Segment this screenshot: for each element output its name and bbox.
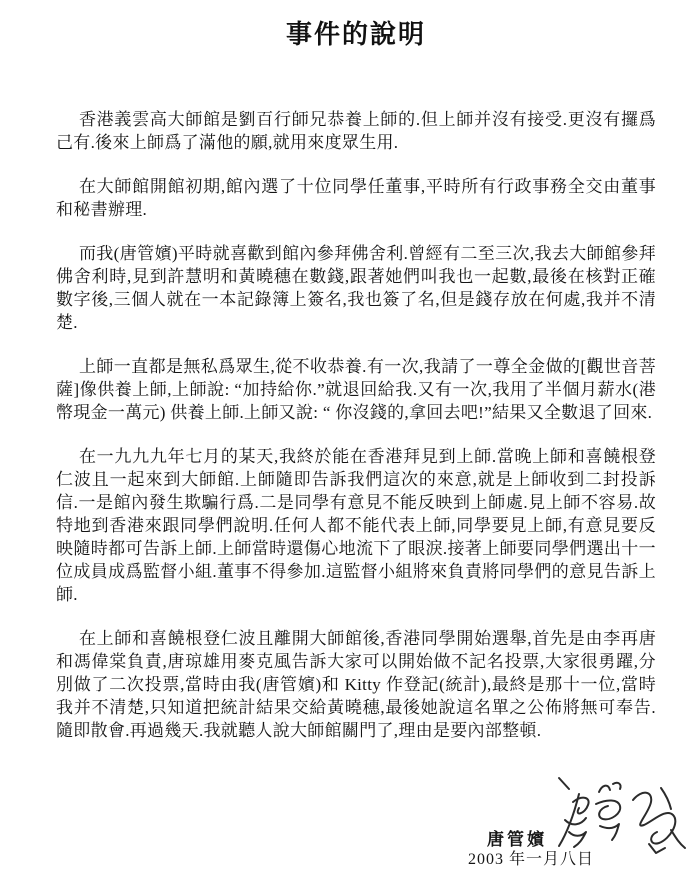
- paragraph-4: 上師一直都是無私爲眾生,從不收恭養.有一次,我請了一尊全金做的[觀世音菩薩]像供…: [56, 355, 656, 424]
- paragraph-6: 在上師和喜饒根登仁波且離開大師館後,香港同學開始選舉,首先是由李再唐和馮偉棠負責…: [56, 627, 656, 742]
- scanned-document-page: 事件的說明 香港義雲高大師館是劉百行師兄恭養上師的.但上師并沒有接受.更沒有攞爲…: [0, 0, 700, 869]
- paragraph-5: 在一九九九年七月的某天,我終於能在香港拜見到上師.當晚上師和喜饒根登仁波且一起來…: [56, 445, 656, 606]
- paragraph-1: 香港義雲高大師館是劉百行師兄恭養上師的.但上師并沒有接受.更沒有攞爲己有.後來上…: [56, 108, 656, 154]
- document-body: 事件的說明 香港義雲高大師館是劉百行師兄恭養上師的.但上師并沒有接受.更沒有攞爲…: [0, 14, 700, 742]
- handwritten-signature-icon: [533, 770, 689, 856]
- paragraph-2: 在大師館開館初期,館內選了十位同學任董事,平時所有行政事務全交由董事和秘書辦理.: [56, 175, 656, 221]
- signature-date: 2003 年一月八日: [468, 846, 594, 869]
- paragraph-3: 而我(唐管嬪)平時就喜歡到館內參拜佛舍利.曾經有二至三次,我去大師館參拜佛舍利時…: [56, 242, 656, 334]
- document-title: 事件的說明: [56, 14, 656, 51]
